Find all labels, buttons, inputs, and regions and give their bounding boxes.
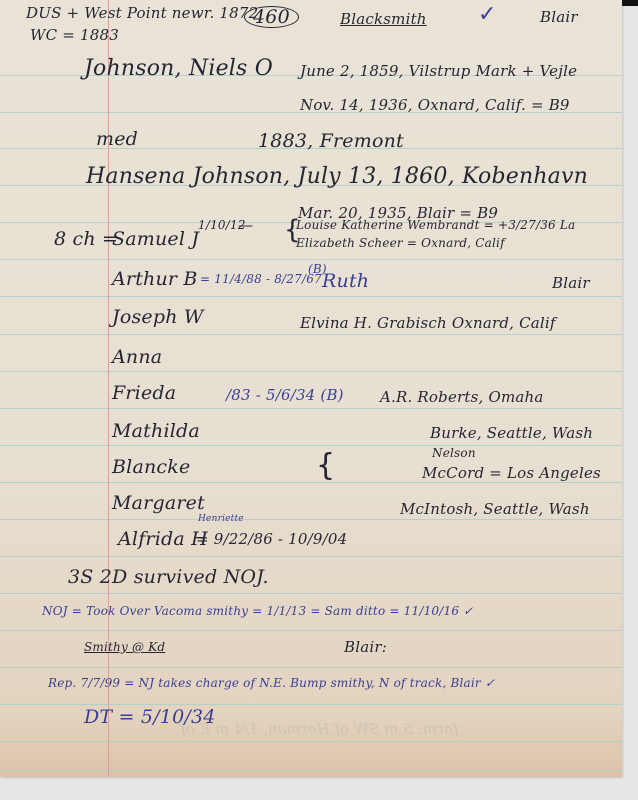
rule-line [0, 259, 622, 260]
record-number: 460 [244, 6, 299, 28]
child-spouse-note: Nelson [432, 446, 476, 460]
child-name: Mathilda [112, 420, 200, 442]
rule-line [0, 593, 622, 594]
smithy-label-text: Smithy @ Kd [84, 640, 165, 654]
child-spouse-place: A.R. Roberts, Omaha [380, 388, 544, 406]
header-place: Blair [540, 8, 578, 26]
dash-connector: — [238, 216, 253, 234]
check-icon: ✓ [478, 2, 497, 27]
child-spouse: Elizabeth Scheer = Oxnard, Calif [296, 236, 505, 250]
survivors-note: 3S 2D survived NOJ. [68, 566, 269, 588]
note-report: Rep. 7/7/99 = NJ takes charge of N.E. Bu… [48, 676, 495, 690]
child-name: Anna [112, 346, 162, 368]
child-dates: /83 - 5/6/34 (B) [226, 386, 344, 404]
death-date-note: DT = 5/10/34 [84, 706, 216, 728]
wc-year: WC = 1883 [30, 26, 119, 44]
rule-line [0, 445, 622, 446]
rule-line [0, 667, 622, 668]
rule-line [0, 482, 622, 483]
child-name: Frieda [112, 382, 176, 404]
blair-label: Blair: [344, 638, 387, 656]
subject-death: Nov. 14, 1936, Oxnard, Calif. = B9 [300, 96, 570, 114]
occupation-text: Blacksmith [340, 10, 427, 28]
occupation: Blacksmith [340, 10, 427, 28]
child-name: Alfrida H [118, 528, 208, 550]
child-name: Margaret [112, 492, 205, 514]
child-spouse: Ruth [322, 270, 369, 292]
rule-line [0, 334, 622, 335]
rule-line [0, 741, 622, 742]
note-smithy-takeover: NOJ = Took Over Vacoma smithy = 1/1/13 =… [42, 604, 473, 618]
child-name: Arthur B [112, 268, 198, 290]
rule-line [0, 296, 622, 297]
child-spouse-place: Elvina H. Grabisch Oxnard, Calif [300, 314, 556, 332]
ledger-page: farm: 5 m SW of Herman, 1/4 m E of DUS +… [0, 0, 622, 777]
child-name: Joseph W [112, 306, 204, 328]
spouse-name-birth: Hansena Johnson, July 13, 1860, Kobenhav… [86, 164, 588, 189]
marriage-date-place: 1883, Fremont [258, 130, 404, 152]
source-note: DUS + West Point newr. 1872 [26, 4, 258, 22]
rule-line [0, 770, 622, 771]
rule-line [0, 630, 622, 631]
subject-name: Johnson, Niels O [84, 56, 273, 81]
subject-birth: June 2, 1859, Vilstrup Mark + Vejle [300, 62, 577, 80]
child-spouse: Louise Katherine Wembrandt = +3/27/36 La [296, 218, 575, 232]
bleed-through-text: farm: 5 m SW of Herman, 1/4 m E of [180, 720, 459, 738]
rule-line [0, 371, 622, 372]
red-margin-line [108, 0, 109, 777]
child-place: Blair [552, 274, 590, 292]
brace-icon: { [316, 448, 335, 483]
child-name: Blancke [112, 456, 190, 478]
child-spouse-place: McCord = Los Angeles [422, 464, 601, 482]
marriage-label: med [96, 128, 138, 150]
rule-line [0, 519, 622, 520]
children-count: 8 ch = [54, 228, 118, 250]
child-dates: = 11/4/88 - 8/27/67 [200, 272, 322, 286]
child-spouse-place: McIntosh, Seattle, Wash [400, 500, 590, 518]
child-spouse-place: Burke, Seattle, Wash [430, 424, 593, 442]
smithy-label: Smithy @ Kd [84, 640, 165, 654]
child-name: Samuel J [112, 228, 199, 250]
scan-edge [622, 0, 638, 6]
rule-line [0, 408, 622, 409]
rule-line [0, 556, 622, 557]
rule-line [0, 704, 622, 705]
child-note: Henriette [198, 514, 244, 524]
child-dates: = 9/22/86 - 10/9/04 [196, 530, 347, 548]
